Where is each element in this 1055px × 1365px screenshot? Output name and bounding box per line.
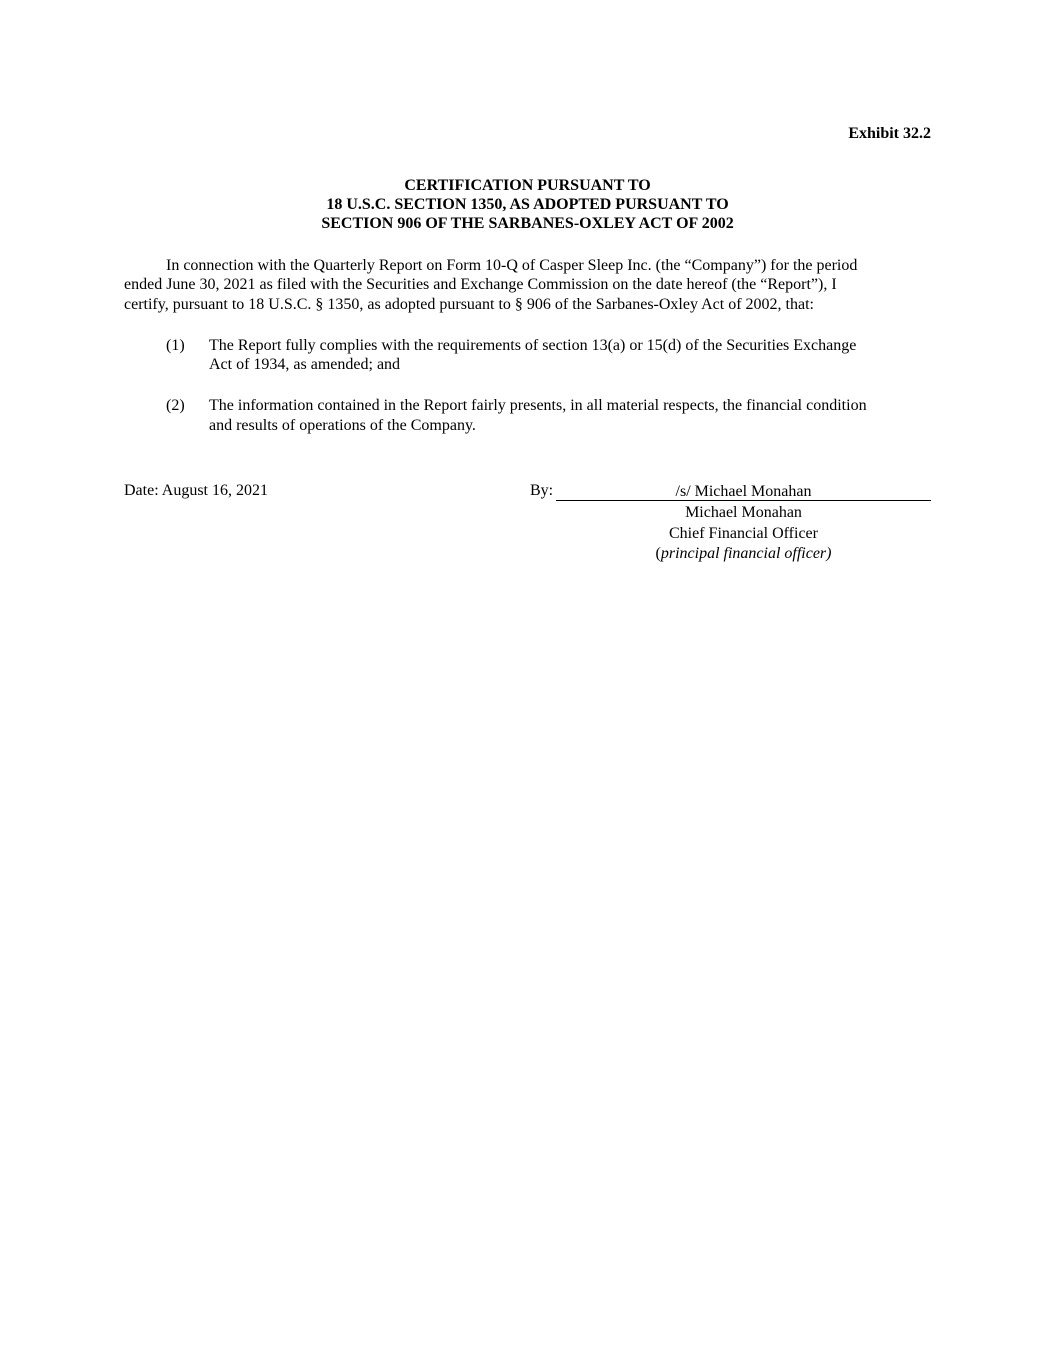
signer-role-text: principal financial officer) [661, 545, 832, 562]
exhibit-label: Exhibit 32.2 [848, 125, 931, 143]
signature-text: /s/ Michael Monahan [676, 483, 812, 500]
intro-line-1: In connection with the Quarterly Report … [166, 257, 857, 275]
by-label: By: [530, 482, 553, 500]
intro-line-3: certify, pursuant to 18 U.S.C. § 1350, a… [124, 296, 814, 314]
signature-date: Date: August 16, 2021 [124, 482, 268, 500]
item-number-1: (1) [166, 337, 185, 355]
signer-title: Chief Financial Officer [556, 525, 931, 543]
signer-name: Michael Monahan [556, 504, 931, 522]
item-2-line-2: and results of operations of the Company… [209, 417, 476, 435]
item-1-line-1: The Report fully complies with the requi… [209, 337, 856, 355]
title-line-3: SECTION 906 OF THE SARBANES-OXLEY ACT OF… [0, 215, 1055, 233]
item-number-2: (2) [166, 397, 185, 415]
item-1-line-2: Act of 1934, as amended; and [209, 356, 400, 374]
signer-role: (principal financial officer) [556, 545, 931, 563]
title-line-2: 18 U.S.C. SECTION 1350, AS ADOPTED PURSU… [0, 196, 1055, 214]
title-line-1: CERTIFICATION PURSUANT TO [0, 177, 1055, 195]
signature-line: /s/ Michael Monahan [556, 483, 931, 501]
intro-line-2: ended June 30, 2021 as filed with the Se… [124, 276, 837, 294]
item-2-line-1: The information contained in the Report … [209, 397, 867, 415]
